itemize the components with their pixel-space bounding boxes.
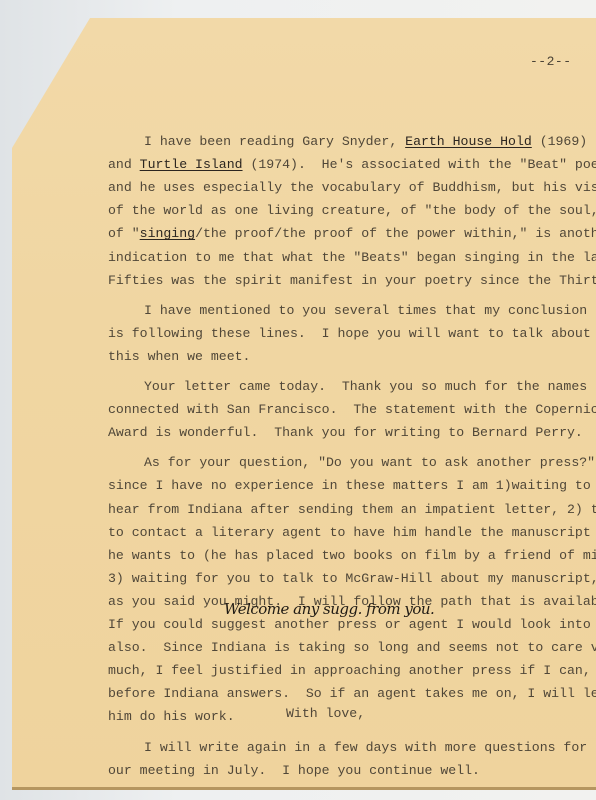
letter-page: --2-- I have been reading Gary Snyder, E… [12, 18, 596, 790]
text-line: of "singing/the proof/the proof of the p… [108, 222, 596, 245]
text-line: As for your question, "Do you want to as… [144, 451, 595, 474]
text-segment: of " [108, 226, 140, 241]
text-line: connected with San Francisco. The statem… [108, 398, 596, 421]
text-line: since I have no experience in these matt… [108, 474, 591, 497]
text-segment: he wants to (he has placed two books on … [108, 548, 596, 563]
text-segment: I have been reading Gary Snyder, [144, 134, 405, 149]
text-line: before Indiana answers. So if an agent t… [108, 682, 596, 705]
closing-salutation: With love, [286, 706, 365, 721]
text-segment: our meeting in July. I hope you continue… [108, 763, 480, 778]
text-line: this when we meet. [108, 345, 250, 368]
text-line: to contact a literary agent to have him … [108, 521, 596, 544]
text-line: and he uses especially the vocabulary of… [108, 176, 596, 199]
text-segment: hear from Indiana after sending them an … [108, 502, 596, 517]
text-line: Your letter came today. Thank you so muc… [144, 375, 587, 398]
text-line: hear from Indiana after sending them an … [108, 498, 596, 521]
text-segment: I have mentioned to you several times th… [144, 303, 587, 318]
text-line: indication to me that what the "Beats" b… [108, 246, 596, 269]
text-line: is following these lines. I hope you wil… [108, 322, 591, 345]
underlined-title: Turtle Island [140, 157, 243, 172]
text-segment: and [108, 157, 140, 172]
text-line: I have mentioned to you several times th… [144, 299, 587, 322]
text-segment: As for your question, "Do you want to as… [144, 455, 595, 470]
text-line: our meeting in July. I hope you continue… [108, 759, 480, 782]
text-segment: is following these lines. I hope you wil… [108, 326, 591, 341]
underlined-title: Earth House Hold [405, 134, 532, 149]
text-line: Fifties was the spirit manifest in your … [108, 269, 596, 292]
text-segment: and he uses especially the vocabulary of… [108, 180, 596, 195]
text-line: I have been reading Gary Snyder, Earth H… [144, 130, 587, 153]
text-line: of the world as one living creature, of … [108, 199, 596, 222]
text-line: him do his work. [108, 705, 243, 728]
handwritten-note: Welcome any sugg. from you. [224, 600, 434, 618]
text-line: and Turtle Island (1974). He's associate… [108, 153, 596, 176]
text-line: much, I feel justified in approaching an… [108, 659, 596, 682]
text-segment: (1974). He's associated with the "Beat" … [243, 157, 596, 172]
text-segment: /the proof/the proof of the power within… [195, 226, 596, 241]
underlined-title: singing [140, 226, 195, 241]
page-number: --2-- [530, 54, 572, 69]
text-segment: of the world as one living creature, of … [108, 203, 596, 218]
text-line: also. Since Indiana is taking so long an… [108, 636, 596, 659]
text-segment: him do his work. [108, 709, 243, 724]
text-line: 3) waiting for you to talk to McGraw-Hil… [108, 567, 596, 590]
text-segment: Your letter came today. Thank you so muc… [144, 379, 587, 394]
text-segment: since I have no experience in these matt… [108, 478, 591, 493]
text-segment: much, I feel justified in approaching an… [108, 663, 596, 678]
text-line: Award is wonderful. Thank you for writin… [108, 421, 583, 444]
text-segment: indication to me that what the "Beats" b… [108, 250, 596, 265]
text-segment: If you could suggest another press or ag… [108, 617, 596, 632]
text-line: he wants to (he has placed two books on … [108, 544, 596, 567]
text-segment: also. Since Indiana is taking so long an… [108, 640, 596, 655]
text-segment: Award is wonderful. Thank you for writin… [108, 425, 583, 440]
text-segment: before Indiana answers. So if an agent t… [108, 686, 596, 701]
text-segment: to contact a literary agent to have him … [108, 525, 596, 540]
text-segment: Fifties was the spirit manifest in your … [108, 273, 596, 288]
text-segment: I will write again in a few days with mo… [144, 740, 587, 755]
text-segment: this when we meet. [108, 349, 250, 364]
text-segment: (1969) [532, 134, 587, 149]
text-segment: 3) waiting for you to talk to McGraw-Hil… [108, 571, 596, 586]
text-segment: connected with San Francisco. The statem… [108, 402, 596, 417]
text-line: I will write again in a few days with mo… [144, 736, 587, 759]
